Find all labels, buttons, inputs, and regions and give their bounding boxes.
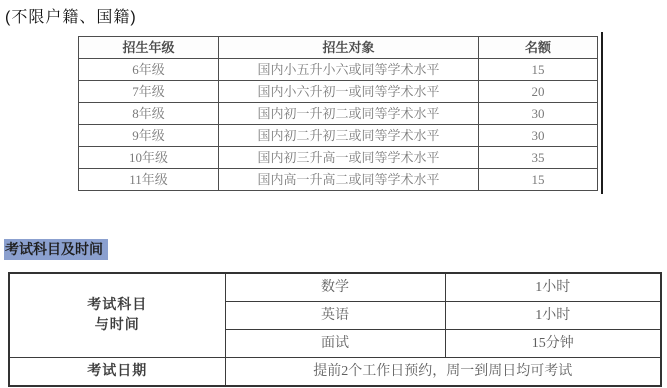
exam-date-value: 提前2个工作日预约，周一到周日均可考试 xyxy=(225,358,661,387)
quota-cell: 35 xyxy=(479,147,598,169)
quota-cell: 30 xyxy=(479,103,598,125)
quota-cell: 30 xyxy=(479,125,598,147)
exam-table: 考试科目 与时间 数学 1小时 英语 1小时 面试 15分钟 考试日期 提前2个… xyxy=(8,272,662,387)
grade-cell: 6年级 xyxy=(79,59,219,81)
target-cell: 国内初二升初三或同等学术水平 xyxy=(219,125,479,147)
duration-cell: 1小时 xyxy=(445,302,661,330)
table-row: 8年级 国内初一升初二或同等学术水平 30 xyxy=(79,103,598,125)
table-row: 7年级 国内小六升初一或同等学术水平 20 xyxy=(79,81,598,103)
grade-cell: 7年级 xyxy=(79,81,219,103)
duration-cell: 1小时 xyxy=(445,273,661,302)
grade-cell: 10年级 xyxy=(79,147,219,169)
quota-cell: 20 xyxy=(479,81,598,103)
exam-subject-time-line2: 与时间 xyxy=(10,316,225,336)
target-cell: 国内高一升高二或同等学术水平 xyxy=(219,169,479,191)
exam-row-date: 考试日期 提前2个工作日预约，周一到周日均可考试 xyxy=(9,358,661,387)
exam-date-label: 考试日期 xyxy=(9,358,225,387)
table-row: 11年级 国内高一升高二或同等学术水平 15 xyxy=(79,169,598,191)
top-note-text: (不限户籍、国籍) xyxy=(5,4,137,27)
target-cell: 国内初一升初二或同等学术水平 xyxy=(219,103,479,125)
header-quota: 名额 xyxy=(479,37,598,59)
subject-cell: 英语 xyxy=(225,302,445,330)
quota-cell: 15 xyxy=(479,59,598,81)
admissions-header-row: 招生年级 招生对象 名额 xyxy=(79,37,598,59)
document-page: (不限户籍、国籍) 招生年级 招生对象 名额 6年级 国内小五升小六或同等学术水… xyxy=(0,0,667,388)
grade-cell: 9年级 xyxy=(79,125,219,147)
table-row: 9年级 国内初二升初三或同等学术水平 30 xyxy=(79,125,598,147)
header-grade: 招生年级 xyxy=(79,37,219,59)
duration-cell: 15分钟 xyxy=(445,330,661,358)
exam-subject-time-label: 考试科目 与时间 xyxy=(9,273,225,358)
header-target: 招生对象 xyxy=(219,37,479,59)
target-cell: 国内小六升初一或同等学术水平 xyxy=(219,81,479,103)
exam-subject-time-line1: 考试科目 xyxy=(10,296,225,316)
grade-cell: 11年级 xyxy=(79,169,219,191)
admissions-table: 招生年级 招生对象 名额 6年级 国内小五升小六或同等学术水平 15 7年级 国… xyxy=(78,36,598,191)
table-row: 10年级 国内初三升高一或同等学术水平 35 xyxy=(79,147,598,169)
subject-cell: 数学 xyxy=(225,273,445,302)
target-cell: 国内初三升高一或同等学术水平 xyxy=(219,147,479,169)
grade-cell: 8年级 xyxy=(79,103,219,125)
target-cell: 国内小五升小六或同等学术水平 xyxy=(219,59,479,81)
section-heading: 考试科目及时间 xyxy=(4,239,108,259)
subject-cell: 面试 xyxy=(225,330,445,358)
table-row: 6年级 国内小五升小六或同等学术水平 15 xyxy=(79,59,598,81)
section-heading-highlight: 考试科目及时间 xyxy=(4,239,108,260)
exam-row-math: 考试科目 与时间 数学 1小时 xyxy=(9,273,661,302)
quota-cell: 15 xyxy=(479,169,598,191)
table-right-double-line xyxy=(601,32,603,194)
